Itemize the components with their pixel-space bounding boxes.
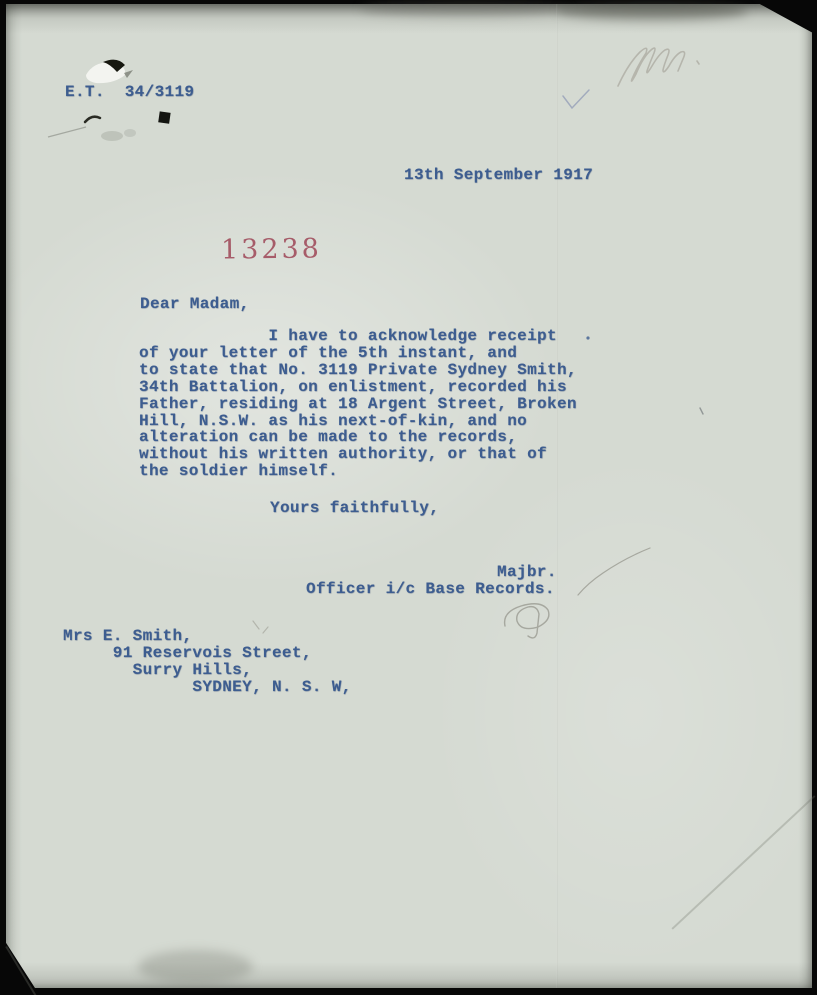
signature-rank: Majbr. <box>497 564 557 581</box>
paper-shadow-bottom <box>138 950 253 984</box>
salutation: Dear Madam, <box>140 296 249 313</box>
closing-valediction: Yours faithfully, <box>270 500 439 517</box>
registry-stamp: 13238 <box>221 233 322 265</box>
paper-shadow-top <box>360 2 570 16</box>
signature-title: Officer i/c Base Records. <box>306 581 555 598</box>
letter-body: I have to acknowledge receipt of your le… <box>139 328 577 480</box>
letter-date: 13th September 1917 <box>404 167 593 184</box>
scanned-letter-page: E.T. 34/3119 13th September 1917 13238 D… <box>0 0 817 995</box>
reference-number: E.T. 34/3119 <box>65 84 194 101</box>
paper-shadow-top-right <box>558 2 748 20</box>
letter-paper <box>6 4 812 988</box>
vertical-crease <box>556 4 558 988</box>
recipient-address: Mrs E. Smith, 91 Reservois Street, Surry… <box>63 628 352 696</box>
